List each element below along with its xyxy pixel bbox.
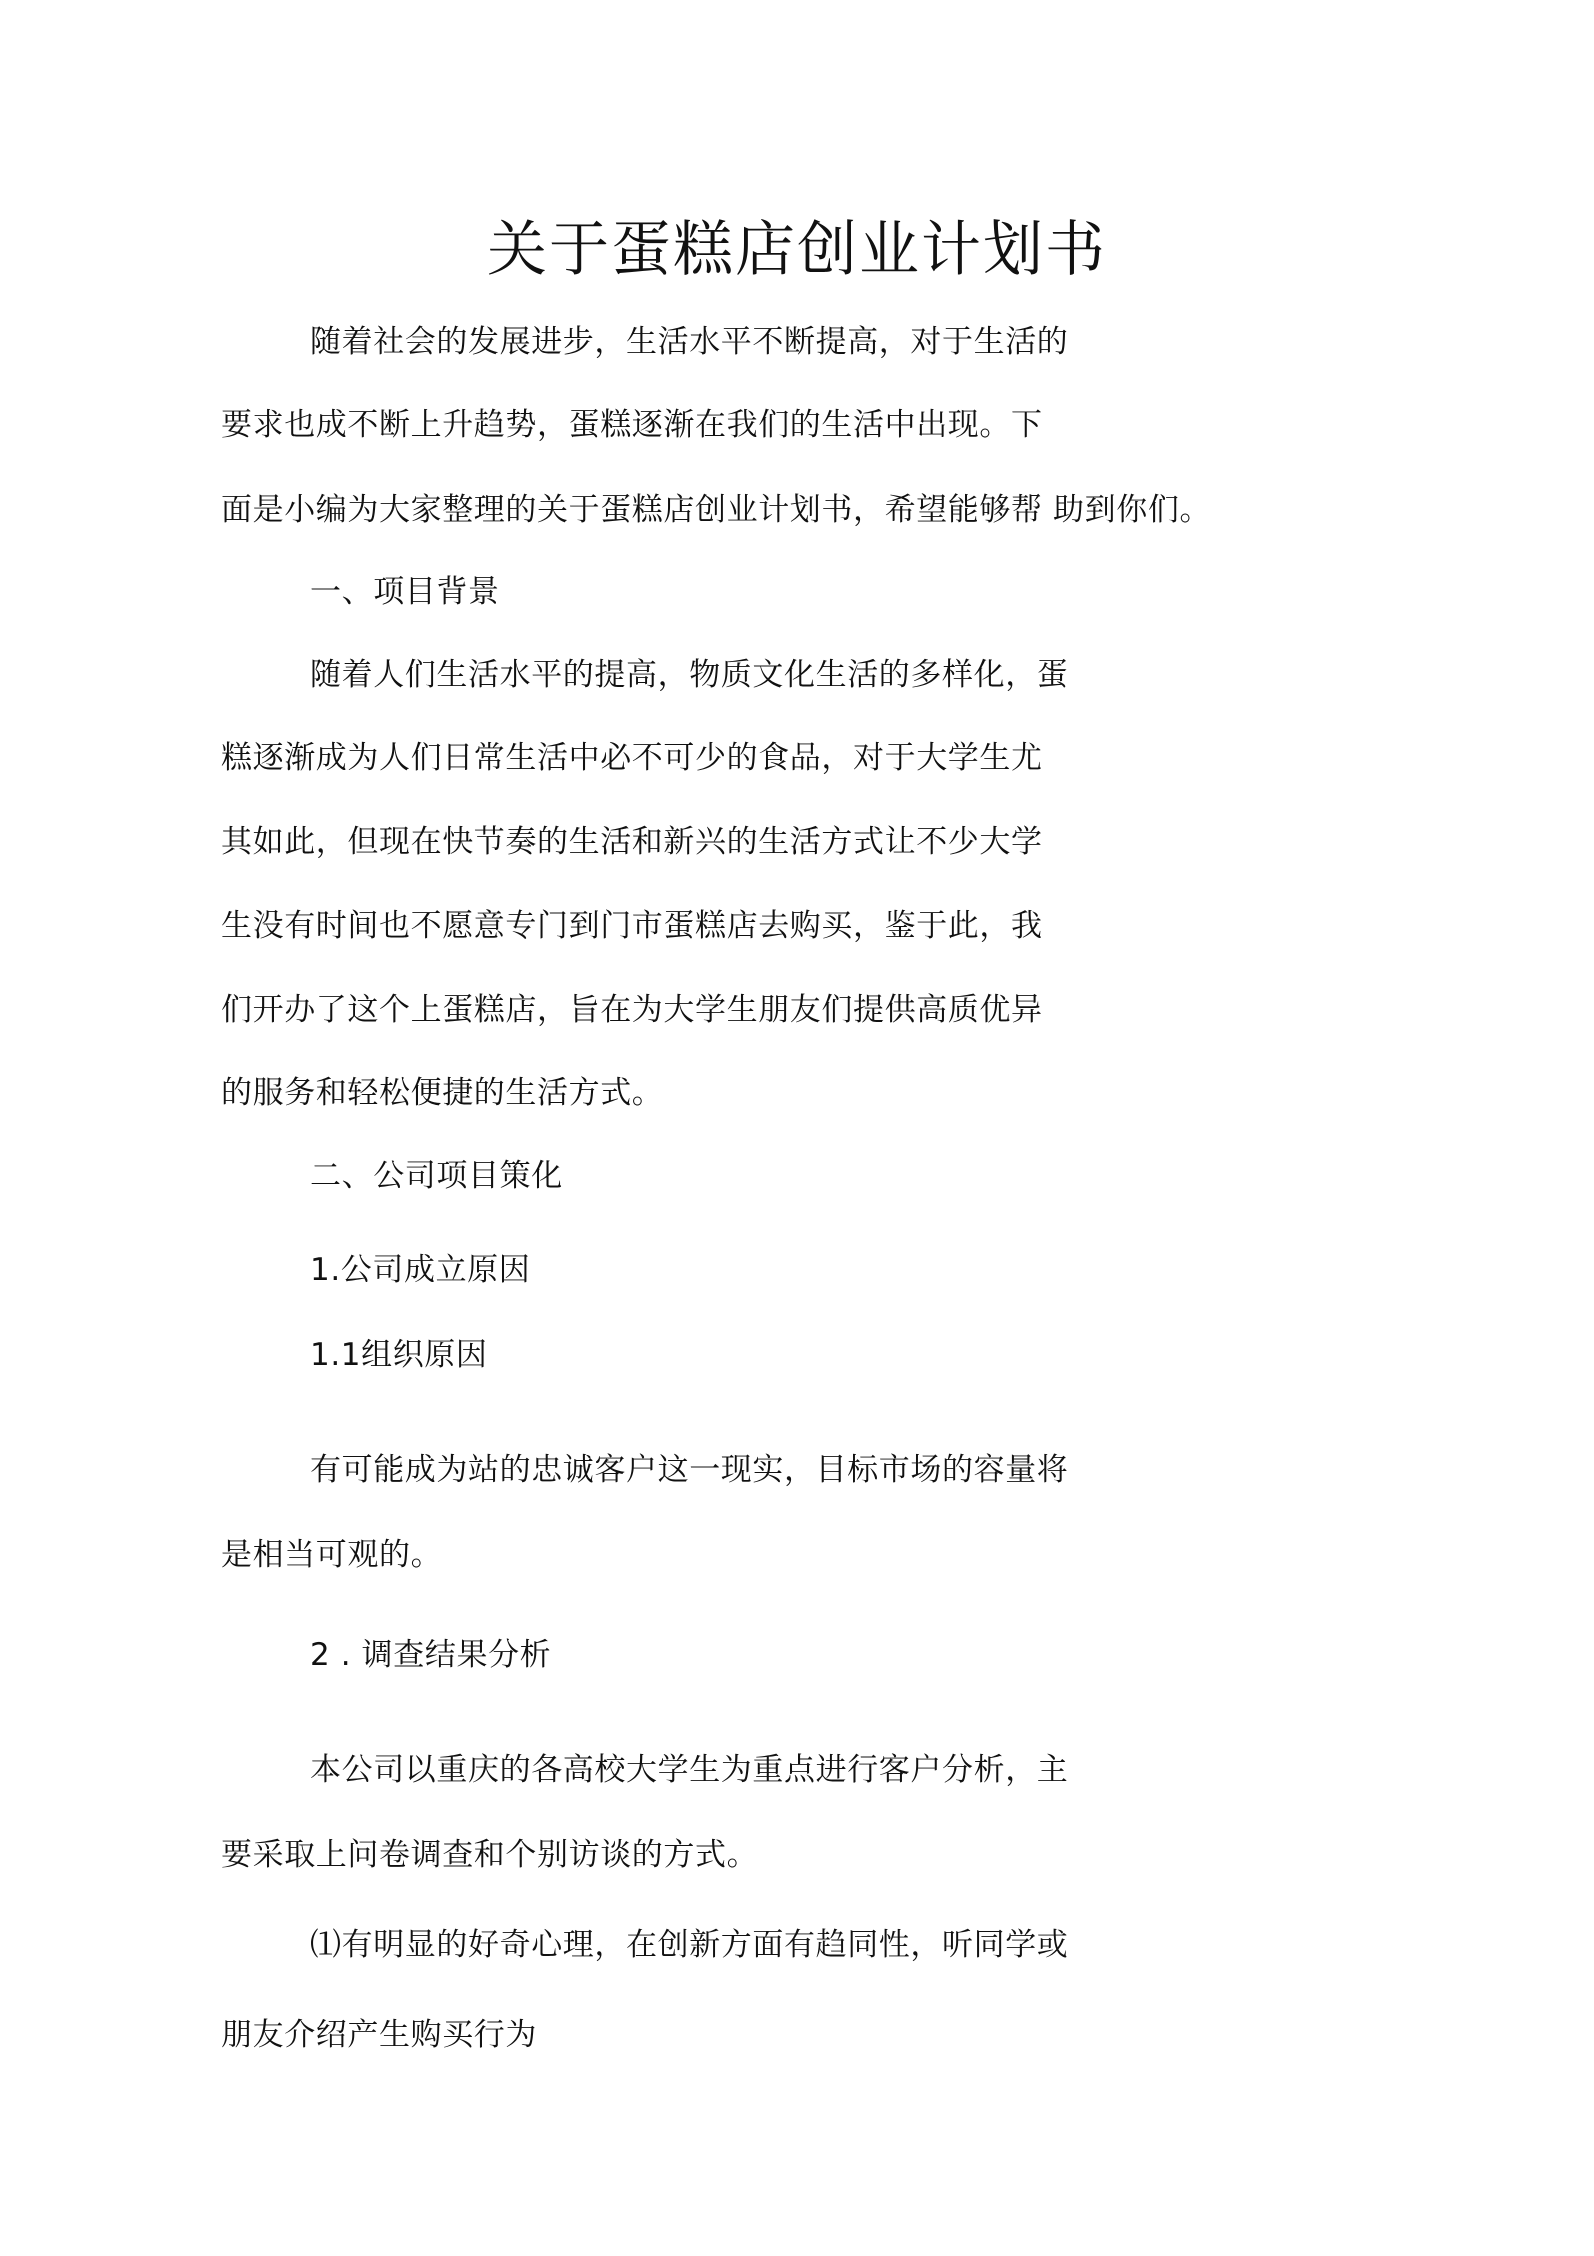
paragraph-background-line-1: 随着人们生活水平的提高，物质文化生活的多样化，蛋 [310, 655, 1068, 695]
subheading-organization-reason: 1.1组织原因 [310, 1335, 488, 1375]
paragraph-background-line-2: 糕逐渐成为人们日常生活中必不可少的食品，对于大学生尤 [221, 738, 1043, 778]
paragraph-background-line-6: 的服务和轻松便捷的生活方式。 [221, 1073, 663, 1113]
paragraph-survey-line-2: 要采取上问卷调查和个别访谈的方式。 [221, 1835, 758, 1875]
paragraph-intro-line-2: 要求也成不断上升趋势，蛋糕逐渐在我们的生活中出现。下 [221, 405, 1043, 445]
paragraph-market-line-1: 有可能成为站的忠诚客户这一现实，目标市场的容量将 [310, 1450, 1068, 1490]
list-item-1-line-1: ⑴有明显的好奇心理，在创新方面有趋同性，听同学或 [310, 1925, 1068, 1965]
document-page: 关于蛋糕店创业计划书 随着社会的发展进步，生活水平不断提高，对于生活的 要求也成… [0, 0, 1594, 2256]
paragraph-survey-line-1: 本公司以重庆的各高校大学生为重点进行客户分析，主 [310, 1750, 1068, 1790]
paragraph-market-line-2: 是相当可观的。 [221, 1535, 442, 1575]
section-heading-company-planning: 二、公司项目策化 [310, 1156, 563, 1196]
document-title: 关于蛋糕店创业计划书 [0, 214, 1594, 286]
paragraph-intro-line-3: 面是小编为大家整理的关于蛋糕店创业计划书，希望能够帮 助到你们。 [221, 490, 1211, 530]
paragraph-background-line-3: 其如此，但现在快节奏的生活和新兴的生活方式让不少大学 [221, 822, 1043, 862]
paragraph-background-line-5: 们开办了这个上蛋糕店，旨在为大学生朋友们提供高质优异 [221, 990, 1043, 1030]
paragraph-background-line-4: 生没有时间也不愿意专门到门市蛋糕店去购买，鉴于此，我 [221, 906, 1043, 946]
paragraph-intro-line-1: 随着社会的发展进步，生活水平不断提高，对于生活的 [310, 322, 1068, 362]
section-heading-project-background: 一、项目背景 [310, 572, 500, 612]
subheading-survey-analysis: 2 . 调查结果分析 [310, 1635, 551, 1675]
subheading-company-founding-reason: 1.公司成立原因 [310, 1250, 530, 1290]
list-item-1-line-2: 朋友介绍产生购买行为 [221, 2015, 537, 2055]
